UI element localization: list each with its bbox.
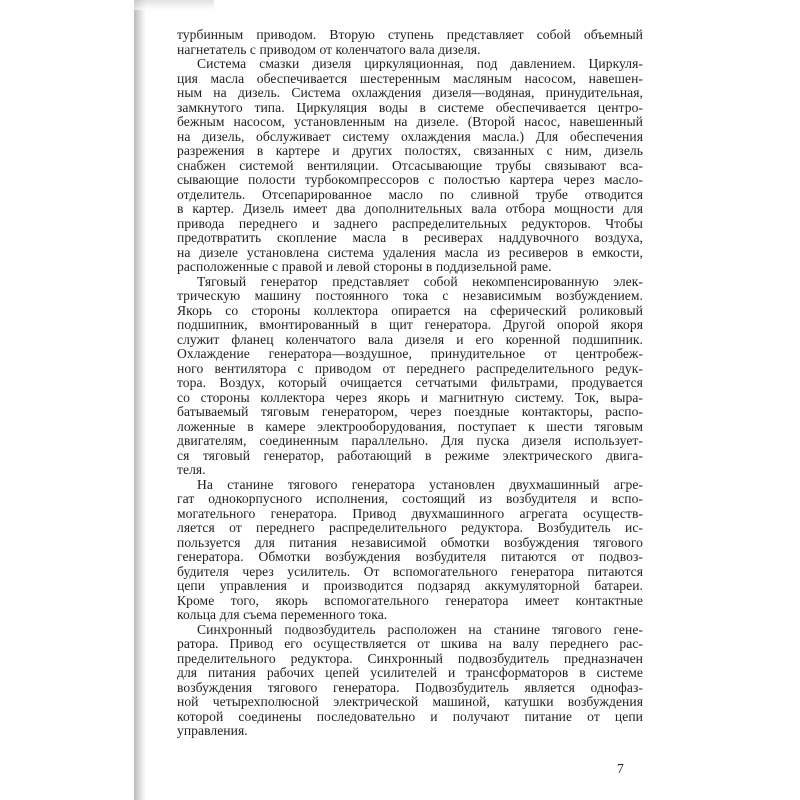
text-line: ция масла обеспечивается шестеренным мас… xyxy=(177,72,643,87)
text-line: отделитель. Отсепарированное масло по сл… xyxy=(177,188,643,203)
scanned-page: турбинным приводом. Вторую ступень предс… xyxy=(0,0,800,800)
text-line: теля. xyxy=(177,463,643,478)
text-line: будителя через усилитель. От вспомогател… xyxy=(177,565,643,580)
text-line: которой соединены последовательно и полу… xyxy=(177,710,643,725)
text-line: ся тяговый генератор, работающий в режим… xyxy=(177,449,643,464)
text-line: турбинным приводом. Вторую ступень предс… xyxy=(177,28,643,43)
text-line: генератора. Обмотки возбуждения возбудит… xyxy=(177,550,643,565)
text-line: батываемый тяговым генератором, через по… xyxy=(177,405,643,420)
text-line: Тяговый генератор представляет собой нек… xyxy=(177,275,643,290)
text-line: со стороны коллектора через якорь и магн… xyxy=(177,391,643,406)
paragraph-synchronous-subexciter: Синхронный подвозбудитель расположен на … xyxy=(177,623,643,739)
text-line: кольца для съема переменного тока. xyxy=(177,608,643,623)
text-line: тора. Воздух, который очищается сетчатым… xyxy=(177,376,643,391)
text-line: в картер. Дизель имеет два дополнительны… xyxy=(177,202,643,217)
paragraph-turbocharger: турбинным приводом. Вторую ступень предс… xyxy=(177,28,643,57)
text-line: могательного генератора. Привод двухмаши… xyxy=(177,507,643,522)
text-line: снабжен системой вентиляции. Отсасывающи… xyxy=(177,159,643,174)
text-line: пользуется для питания независимой обмот… xyxy=(177,536,643,551)
text-line: Система смазки дизеля циркуляционная, по… xyxy=(177,57,643,72)
text-line: для питания рабочих цепей усилителей и т… xyxy=(177,666,643,681)
page-number: 7 xyxy=(617,761,624,777)
text-line: двигателям, соединенным параллельно. Для… xyxy=(177,434,643,449)
text-line: пределительного редуктора. Синхронный по… xyxy=(177,652,643,667)
text-line: Охлаждение генератора—воздушное, принуди… xyxy=(177,347,643,362)
text-line: замкнутого типа. Циркуляция воды в систе… xyxy=(177,101,643,116)
text-line: ным на дизель. Система охлаждения дизеля… xyxy=(177,86,643,101)
paragraph-lubrication-system: Система смазки дизеля циркуляционная, по… xyxy=(177,57,643,275)
text-line: управления. xyxy=(177,724,643,739)
text-line: гат однокорпусного исполнения, состоящий… xyxy=(177,492,643,507)
paragraph-traction-generator: Тяговый генератор представляет собой нек… xyxy=(177,275,643,478)
text-line: Якорь со стороны коллектора опирается на… xyxy=(177,304,643,319)
text-line: нагнетатель с приводом от коленчатого ва… xyxy=(177,43,643,58)
text-line: На станине тягового генератора установле… xyxy=(177,478,643,493)
text-line: расположенные с правой и левой стороны в… xyxy=(177,260,643,275)
text-line: разрежения в картере и других полостях, … xyxy=(177,144,643,159)
text-line: трическую машину постоянного тока с неза… xyxy=(177,289,643,304)
page-body: турбинным приводом. Вторую ступень предс… xyxy=(177,28,643,739)
text-line: подшипник, вмонтированный в щит генерато… xyxy=(177,318,643,333)
text-line: привода переднего и заднего распределите… xyxy=(177,217,643,232)
text-line: Кроме того, якорь вспомогательного генер… xyxy=(177,594,643,609)
binding-shadow xyxy=(134,0,146,800)
text-line: ложенные в камере электрооборудования, п… xyxy=(177,420,643,435)
text-line: бежным насосом, установленным на дизеле.… xyxy=(177,115,643,130)
text-line: ратора. Привод его осуществляется от шки… xyxy=(177,637,643,652)
text-line: возбуждения тягового генератора. Подвозб… xyxy=(177,681,643,696)
text-line: ной четырехполюсной электрической машино… xyxy=(177,695,643,710)
text-line: цепи управления и производится подзаряд … xyxy=(177,579,643,594)
text-line: на дизеле установлена система удаления м… xyxy=(177,246,643,261)
text-line: служит фланец коленчатого вала дизеля и … xyxy=(177,333,643,348)
text-line: ляется от переднего распределительного р… xyxy=(177,521,643,536)
top-edge-shadow xyxy=(134,0,214,10)
text-line: Синхронный подвозбудитель расположен на … xyxy=(177,623,643,638)
text-line: предотвратить скопление масла в ресивера… xyxy=(177,231,643,246)
paragraph-exciter-unit: На станине тягового генератора установле… xyxy=(177,478,643,623)
text-line: сывающие полости турбокомпрессоров с пол… xyxy=(177,173,643,188)
text-line: на дизель, обслуживает систему охлаждени… xyxy=(177,130,643,145)
text-line: ного вентилятора с приводом от переднего… xyxy=(177,362,643,377)
